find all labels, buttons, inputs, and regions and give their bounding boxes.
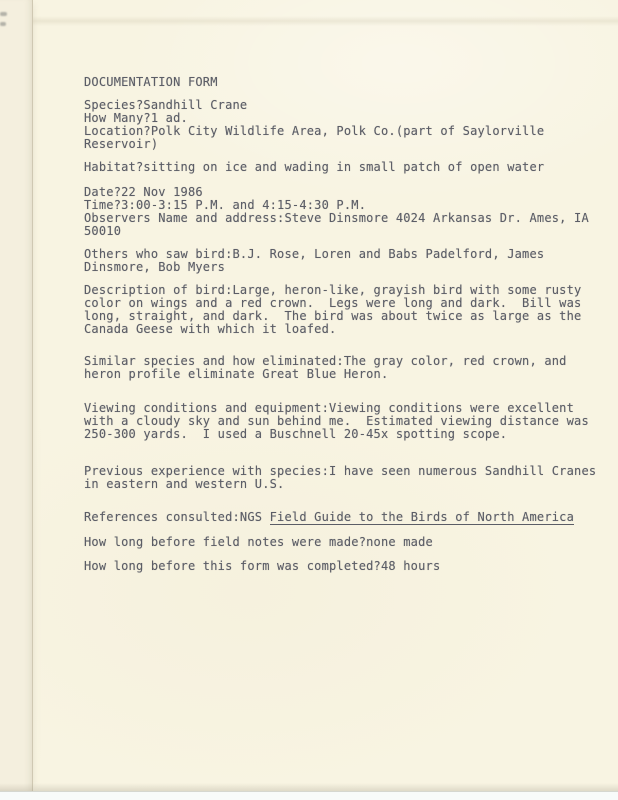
section-habitat: Habitat?sitting on ice and wading in sma…	[84, 161, 544, 174]
text-line: heron profile eliminate Great Blue Heron…	[84, 368, 567, 381]
references-label: References consulted:NGS	[84, 510, 270, 524]
text-line: How long before this form was completed?…	[84, 560, 440, 573]
text-line: 50010	[84, 225, 589, 238]
section-identification: Species?Sandhill Crane How Many?1 ad. Lo…	[84, 99, 544, 151]
scan-smudge	[0, 12, 7, 16]
scanned-page: DOCUMENTATION FORM Species?Sandhill Cran…	[0, 0, 618, 800]
text-line: 250-300 yards. I used a Buschnell 20-45x…	[84, 428, 589, 441]
text-line: Observers Name and address:Steve Dinsmor…	[84, 212, 589, 225]
typewritten-content: DOCUMENTATION FORM Species?Sandhill Cran…	[84, 0, 614, 791]
section-similar-species: Similar species and how eliminated:The g…	[84, 355, 567, 381]
scan-smudge	[0, 22, 6, 26]
text-line: Canada Geese with which it loafed.	[84, 323, 581, 336]
section-previous-experience: Previous experience with species:I have …	[84, 465, 596, 491]
section-form-completed: How long before this form was completed?…	[84, 560, 440, 573]
document-title: DOCUMENTATION FORM	[84, 76, 218, 89]
scanner-background-strip	[0, 791, 618, 800]
text-line: References consulted:NGS Field Guide to …	[84, 511, 574, 524]
document-title-block: DOCUMENTATION FORM	[84, 76, 218, 89]
section-references: References consulted:NGS Field Guide to …	[84, 511, 574, 524]
text-line: Reservoir)	[84, 138, 544, 151]
section-date-time-observer: Date?22 Nov 1986 Time?3:00-3:15 P.M. and…	[84, 186, 589, 238]
section-description: Description of bird:Large, heron-like, g…	[84, 284, 581, 336]
paper-sheet: DOCUMENTATION FORM Species?Sandhill Cran…	[0, 0, 618, 791]
section-viewing-conditions: Viewing conditions and equipment:Viewing…	[84, 402, 589, 441]
section-field-notes: How long before field notes were made?no…	[84, 536, 433, 549]
references-book-title: Field Guide to the Birds of North Americ…	[270, 510, 574, 525]
text-line: Habitat?sitting on ice and wading in sma…	[84, 161, 544, 174]
text-line: in eastern and western U.S.	[84, 478, 596, 491]
section-other-observers: Others who saw bird:B.J. Rose, Loren and…	[84, 248, 544, 274]
text-line: How long before field notes were made?no…	[84, 536, 433, 549]
paper-edge-strip	[0, 0, 33, 791]
text-line: Dinsmore, Bob Myers	[84, 261, 544, 274]
